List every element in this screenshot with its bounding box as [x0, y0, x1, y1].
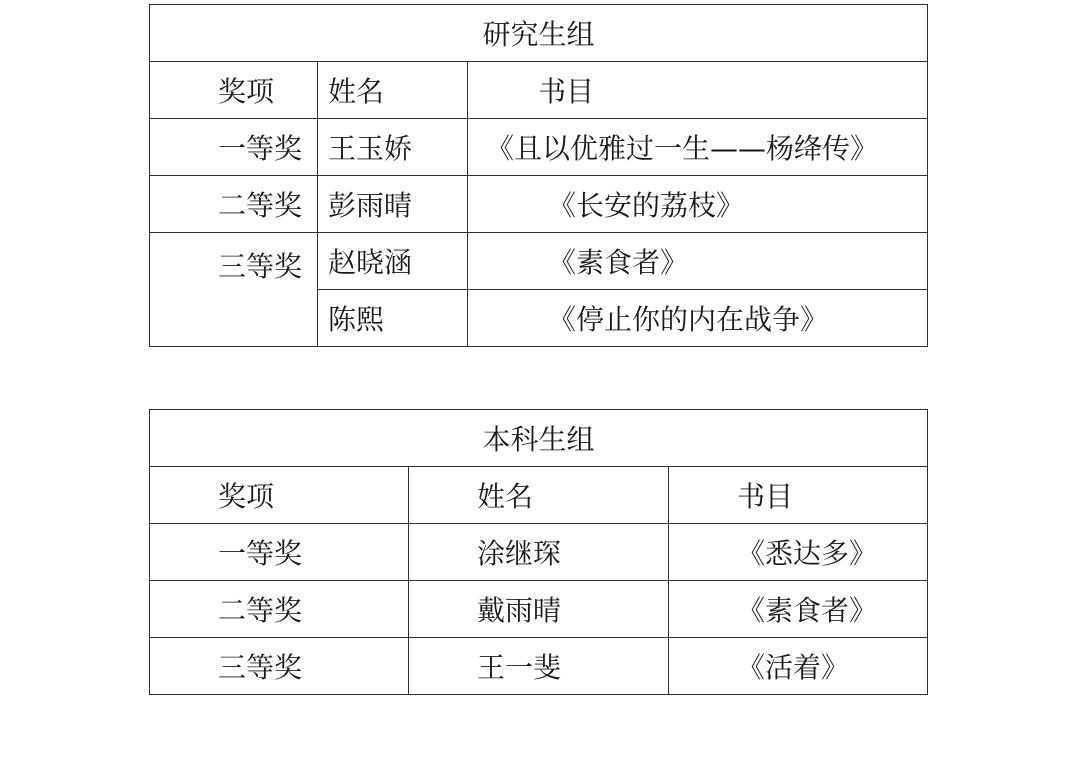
- name-cell: 赵晓涵: [318, 233, 468, 290]
- table-row: 一等奖 涂继琛 《悉达多》: [150, 524, 928, 581]
- name-cell: 涂继琛: [409, 524, 669, 581]
- book-cell: 《停止你的内在战争》: [468, 290, 928, 347]
- table-title: 研究生组: [150, 5, 928, 62]
- award-cell: 一等奖: [150, 119, 318, 176]
- graduate-awards-table: 研究生组 奖项 姓名 书目 一等奖 王玉娇 《且以优雅过一生——杨绛传》 二等奖…: [149, 4, 928, 347]
- header-award: 奖项: [150, 62, 318, 119]
- award-cell: 一等奖: [150, 524, 409, 581]
- header-row: 奖项 姓名 书目: [150, 62, 928, 119]
- undergraduate-awards-table: 本科生组 奖项 姓名 书目 一等奖 涂继琛 《悉达多》 二等奖 戴雨晴 《素食者…: [149, 409, 928, 695]
- award-cell: 三等奖: [150, 233, 318, 347]
- book-cell: 《悉达多》: [669, 524, 928, 581]
- table-row: 一等奖 王玉娇 《且以优雅过一生——杨绛传》: [150, 119, 928, 176]
- award-cell: 二等奖: [150, 176, 318, 233]
- table-row: 三等奖 赵晓涵 《素食者》: [150, 233, 928, 290]
- name-cell: 王一斐: [409, 638, 669, 695]
- name-cell: 陈熙: [318, 290, 468, 347]
- header-book: 书目: [669, 467, 928, 524]
- name-cell: 戴雨晴: [409, 581, 669, 638]
- name-cell: 彭雨晴: [318, 176, 468, 233]
- award-cell: 二等奖: [150, 581, 409, 638]
- header-row: 奖项 姓名 书目: [150, 467, 928, 524]
- book-cell: 《且以优雅过一生——杨绛传》: [468, 119, 928, 176]
- book-cell: 《素食者》: [669, 581, 928, 638]
- header-book: 书目: [468, 62, 928, 119]
- table-row: 二等奖 彭雨晴 《长安的荔枝》: [150, 176, 928, 233]
- book-cell: 《活着》: [669, 638, 928, 695]
- table-title: 本科生组: [150, 410, 928, 467]
- header-award: 奖项: [150, 467, 409, 524]
- name-cell: 王玉娇: [318, 119, 468, 176]
- award-cell: 三等奖: [150, 638, 409, 695]
- table-row: 三等奖 王一斐 《活着》: [150, 638, 928, 695]
- header-name: 姓名: [409, 467, 669, 524]
- book-cell: 《长安的荔枝》: [468, 176, 928, 233]
- header-name: 姓名: [318, 62, 468, 119]
- book-cell: 《素食者》: [468, 233, 928, 290]
- table-row: 二等奖 戴雨晴 《素食者》: [150, 581, 928, 638]
